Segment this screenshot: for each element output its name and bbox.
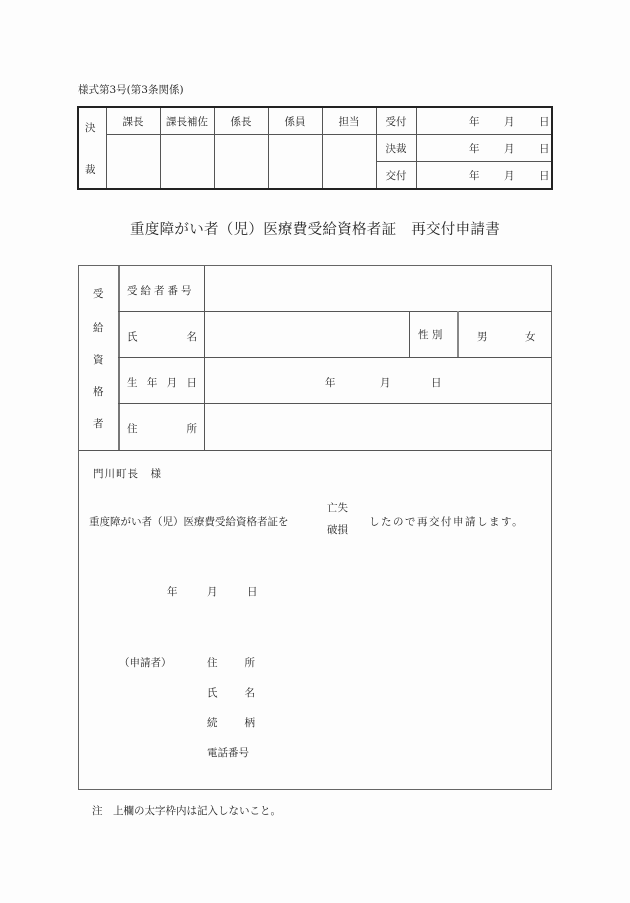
year-unit: 年 (469, 114, 480, 129)
application-year-unit: 年 (167, 584, 178, 599)
role-tanto: 担当 (322, 114, 376, 129)
recipient-side-5: 者 (93, 416, 104, 431)
recipient-side-1: 受 (93, 286, 104, 301)
birth-label-2: 年 (147, 375, 158, 390)
name-label: 氏 名 (127, 329, 197, 344)
year-unit: 年 (469, 141, 480, 156)
month-unit: 月 (504, 141, 515, 156)
applicant-relationship-label: 続 柄 (207, 715, 255, 730)
birth-label-4: 日 (186, 375, 197, 390)
sex-option-female[interactable]: 女 (525, 329, 536, 344)
month-unit: 月 (504, 168, 515, 183)
page-title: 重度障がい者（児）医療費受給資格者証 再交付申請書 (0, 218, 630, 239)
applicant-relationship-2: 柄 (245, 715, 256, 730)
recipient-side-2: 給 (93, 320, 104, 335)
role-kakaricho: 係長 (214, 114, 268, 129)
approval-table: 決 裁 課長 課長補佐 係長 係員 担当 受付 年 月 日 決裁 年 月 日 交… (77, 106, 553, 190)
applicant-address-1: 住 (207, 655, 218, 670)
date-row-label-uketsuke: 受付 (376, 114, 416, 129)
applicant-name-2: 名 (245, 685, 256, 700)
statement-suffix: したので再交付申請します。 (369, 514, 524, 529)
date-row-label-kessai: 決裁 (376, 141, 416, 156)
applicant-name-label: 氏 名 (207, 685, 255, 700)
address-label-1: 住 (127, 421, 138, 436)
day-unit: 日 (539, 168, 550, 183)
birth-year-unit: 年 (325, 375, 336, 390)
reason-option-damaged[interactable]: 破損 (327, 522, 348, 537)
role-kakariin: 係員 (268, 114, 322, 129)
name-label-2: 名 (187, 329, 198, 344)
statement-prefix: 重度障がい者（児）医療費受給資格者証を (89, 514, 289, 529)
applicant-relationship-1: 続 (207, 715, 218, 730)
name-field[interactable] (206, 313, 408, 356)
application-month-unit: 月 (207, 584, 218, 599)
birth-label: 生 年 月 日 (127, 375, 197, 390)
day-unit: 日 (539, 114, 550, 129)
name-label-1: 氏 (127, 329, 138, 344)
birth-label-3: 月 (167, 375, 178, 390)
date-row-label-kofu: 交付 (376, 168, 416, 183)
address-label: 住 所 (127, 421, 197, 436)
sex-option-male[interactable]: 男 (477, 329, 488, 344)
footnote: 注 上欄の太字枠内は記入しないこと。 (92, 803, 281, 818)
birth-month-unit: 月 (380, 375, 391, 390)
approval-side-label-1: 決 (85, 120, 96, 135)
role-kacho: 課長 (106, 114, 160, 129)
applicant-phone-label: 電話番号 (207, 745, 249, 760)
applicant-label: （申請者） (119, 655, 172, 670)
applicant-address-label: 住 所 (207, 655, 255, 670)
address-field[interactable] (206, 405, 551, 449)
application-form: 受 給 資 格 者 受給者番号 氏 名 性 別 男 女 生 年 月 日 年 月 … (78, 265, 552, 790)
day-unit: 日 (539, 141, 550, 156)
applicant-name-1: 氏 (207, 685, 218, 700)
addressee: 門川町長 様 (93, 466, 162, 481)
birth-label-1: 生 (127, 375, 138, 390)
recipient-side-3: 資 (93, 352, 104, 367)
month-unit: 月 (504, 114, 515, 129)
sex-label: 性 別 (418, 327, 442, 342)
recipient-number-field[interactable] (206, 267, 551, 310)
approval-side-label-2: 裁 (85, 162, 96, 177)
role-kacho-hosa: 課長補佐 (160, 114, 214, 129)
address-label-2: 所 (187, 421, 198, 436)
recipient-number-label: 受給者番号 (127, 283, 195, 298)
reason-option-lost[interactable]: 亡失 (327, 500, 348, 515)
birth-day-unit: 日 (431, 375, 442, 390)
form-number: 様式第3号(第3条関係) (78, 82, 184, 97)
applicant-address-2: 所 (245, 655, 256, 670)
application-day-unit: 日 (247, 584, 258, 599)
year-unit: 年 (469, 168, 480, 183)
recipient-side-4: 格 (93, 384, 104, 399)
